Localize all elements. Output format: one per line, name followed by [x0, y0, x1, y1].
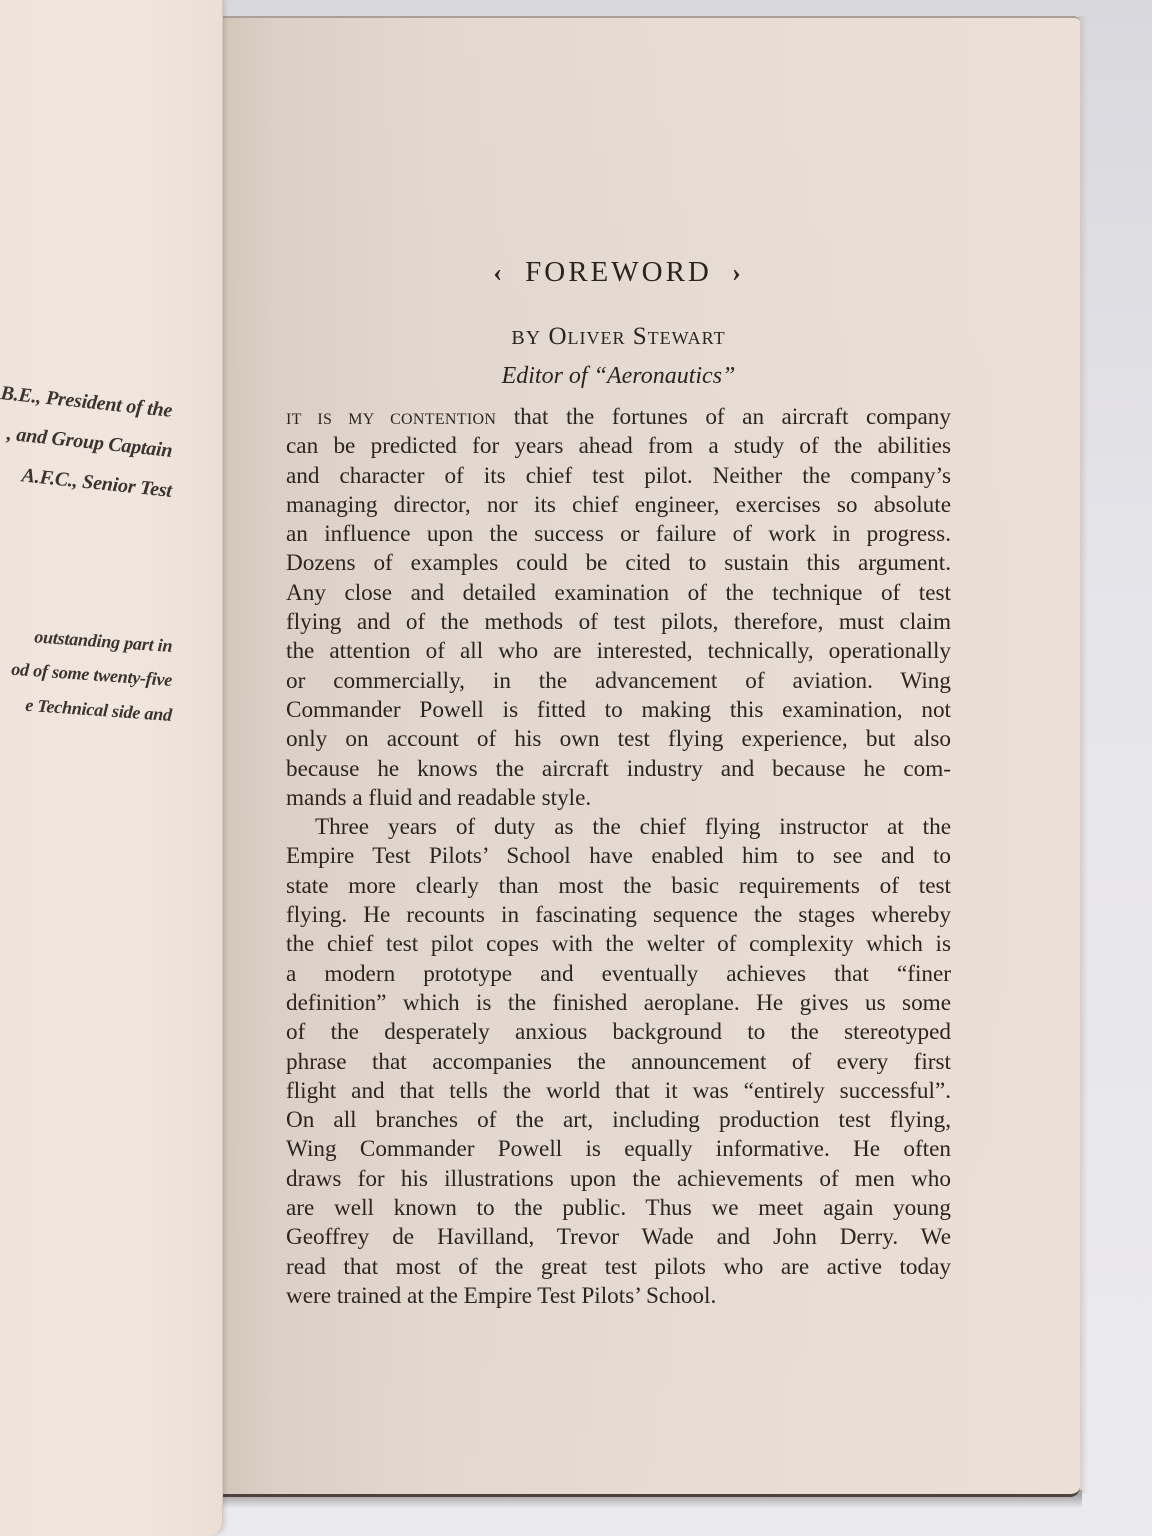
text-line: Commander Powell is fitted to making thi… [286, 696, 951, 725]
text-line: of the desperately anxious background to… [286, 1018, 951, 1047]
text-line: the attention of all who are interested,… [286, 637, 951, 666]
text-line: only on account of his own test flying e… [286, 725, 951, 754]
text-line: mands a fluid and readable style. [286, 784, 951, 813]
text-line: because he knows the aircraft industry a… [286, 755, 951, 784]
paragraph: it is my contention that the fortunes of… [286, 403, 951, 813]
text-line: draws for his illustrations upon the ach… [286, 1165, 951, 1194]
text-line: Geoffrey de Havilland, Trevor Wade and J… [286, 1223, 951, 1252]
author-name: Oliver Stewart [548, 323, 725, 350]
text-line: an influence upon the success or failure… [286, 520, 951, 549]
byline-prefix: by [511, 327, 541, 349]
text-line: are well known to the public. Thus we me… [286, 1194, 951, 1223]
text-line: Dozens of examples could be cited to sus… [286, 549, 951, 578]
text-line: a modern prototype and eventually achiev… [286, 960, 951, 989]
left-page-fragment: od of some twenty-five [11, 659, 173, 691]
text-line: can be predicted for years ahead from a … [286, 432, 951, 461]
byline: by Oliver Stewart [286, 323, 951, 351]
left-page-fragment: A.F.C., Senior Test [21, 464, 173, 503]
text-line: it is my contention that the fortunes of… [286, 403, 951, 432]
right-angle-ornament: › [722, 258, 754, 287]
text-line: definition” which is the finished aeropl… [286, 989, 951, 1018]
text-line: state more clearly than most the basic r… [286, 872, 951, 901]
text-line: were trained at the Empire Test Pilots’ … [286, 1282, 951, 1311]
text-line: Empire Test Pilots’ School have enabled … [286, 842, 951, 871]
text-line: flying. He recounts in fascinating seque… [286, 901, 951, 930]
left-angle-ornament: ‹ [483, 258, 515, 287]
foreword-page: ‹ FOREWORD › by Oliver Stewart Editor of… [222, 16, 1080, 1497]
text-line: On all branches of the art, including pr… [286, 1106, 951, 1135]
text-line: Any close and detailed examination of th… [286, 579, 951, 608]
left-page-fragment: .B.E., President of the [0, 382, 173, 423]
text-line: and character of its chief test pilot. N… [286, 462, 951, 491]
text-line: read that most of the great test pilots … [286, 1253, 951, 1282]
lead-in: it is my contention [286, 411, 496, 428]
paragraph: Three years of duty as the chief flying … [286, 813, 951, 1311]
foreword-body: it is my contention that the fortunes of… [286, 403, 951, 1311]
page-title: ‹ FOREWORD › [286, 256, 951, 289]
author-subtitle: Editor of “Aeronautics” [286, 363, 951, 390]
title-text: FOREWORD [525, 256, 712, 288]
text-line: flying and of the methods of test pilots… [286, 608, 951, 637]
text-line: Three years of duty as the chief flying … [286, 813, 951, 842]
text-line: Wing Commander Powell is equally informa… [286, 1135, 951, 1164]
text-line: phrase that accompanies the announcement… [286, 1048, 951, 1077]
left-page-fragment: e Technical side and [25, 695, 173, 726]
left-page-fragment: outstanding part in [33, 626, 172, 657]
text-line: or commercially, in the advancement of a… [286, 667, 951, 696]
left-page-fragment: , and Group Captain [5, 423, 173, 463]
left-facing-page: .B.E., President of the , and Group Capt… [0, 0, 223, 1536]
text-line: flight and that tells the world that it … [286, 1077, 951, 1106]
text-line: the chief test pilot copes with the welt… [286, 930, 951, 959]
text-line: managing director, nor its chief enginee… [286, 491, 951, 520]
